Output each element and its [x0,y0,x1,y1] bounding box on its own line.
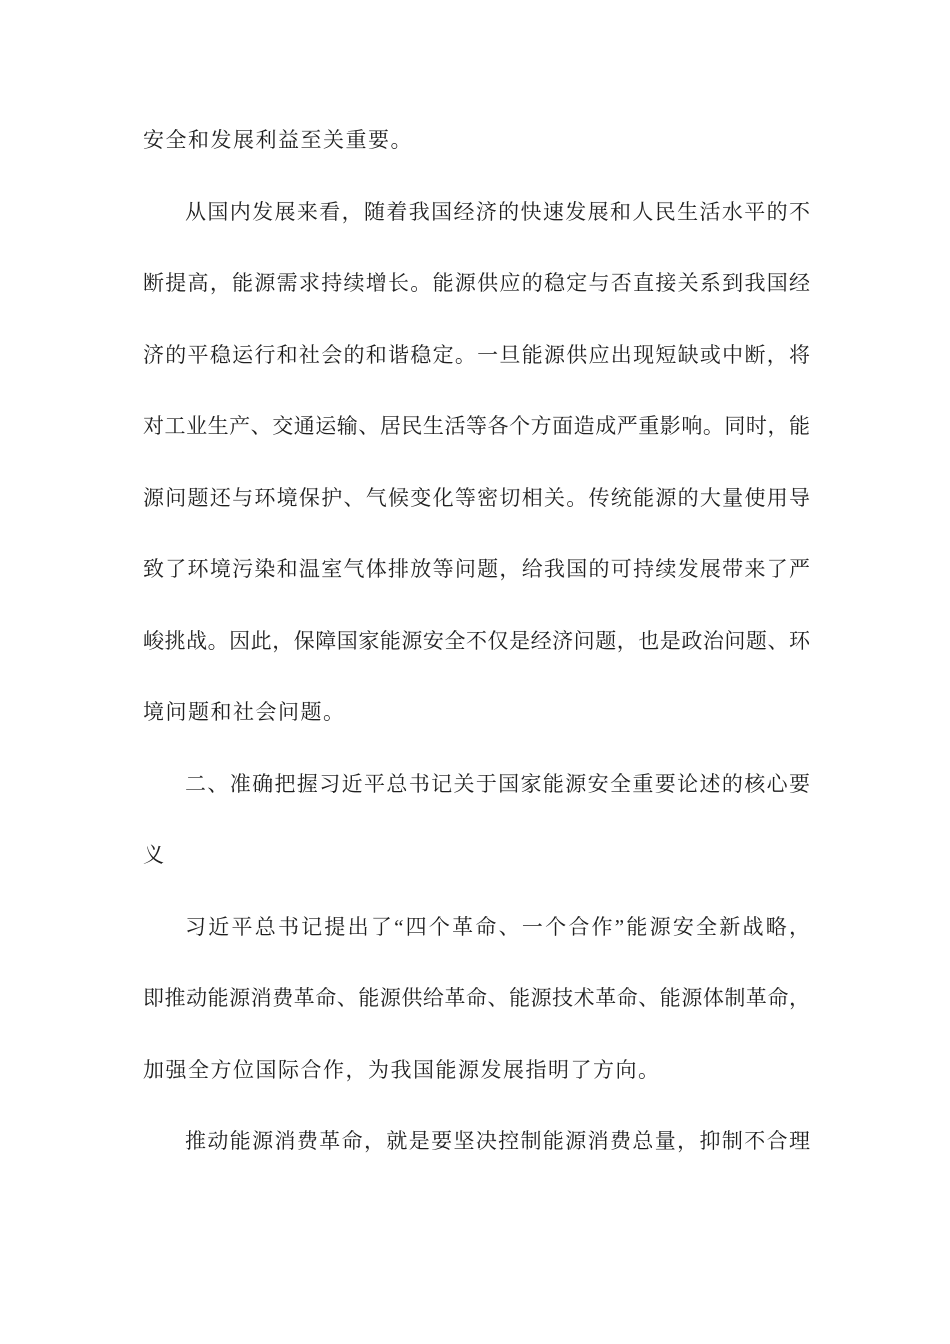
document-text-block: 安全和发展利益至关重要。 从国内发展来看，随着我国经济的快速发展和人民生活水平的… [143,105,810,1178]
text-line: 源问题还与环境保护、气候变化等密切相关。传统能源的大量使用导 [143,463,810,535]
text-line: 加强全方位国际合作，为我国能源发展指明了方向。 [143,1035,810,1107]
text-line: 对工业生产、交通运输、居民生活等各个方面造成严重影响。同时，能 [143,391,810,463]
text-line: 济的平稳运行和社会的和谐稳定。一旦能源供应出现短缺或中断，将 [143,320,810,392]
text-line: 即推动能源消费革命、能源供给革命、能源技术革命、能源体制革命， [143,963,810,1035]
text-line: 致了环境污染和温室气体排放等问题，给我国的可持续发展带来了严 [143,534,810,606]
document-page: 安全和发展利益至关重要。 从国内发展来看，随着我国经济的快速发展和人民生活水平的… [0,0,950,1344]
text-line: 从国内发展来看，随着我国经济的快速发展和人民生活水平的不 [143,177,810,249]
section-heading-line: 义 [143,820,810,892]
text-line: 安全和发展利益至关重要。 [143,105,810,177]
text-line: 断提高，能源需求持续增长。能源供应的稳定与否直接关系到我国经 [143,248,810,320]
text-line: 境问题和社会问题。 [143,677,810,749]
text-line: 峻挑战。因此，保障国家能源安全不仅是经济问题，也是政治问题、环 [143,606,810,678]
text-line: 推动能源消费革命，就是要坚决控制能源消费总量，抑制不合理 [143,1106,810,1178]
text-line: 习近平总书记提出了“四个革命、一个合作”能源安全新战略， [143,892,810,964]
section-heading-line: 二、准确把握习近平总书记关于国家能源安全重要论述的核心要 [143,749,810,821]
